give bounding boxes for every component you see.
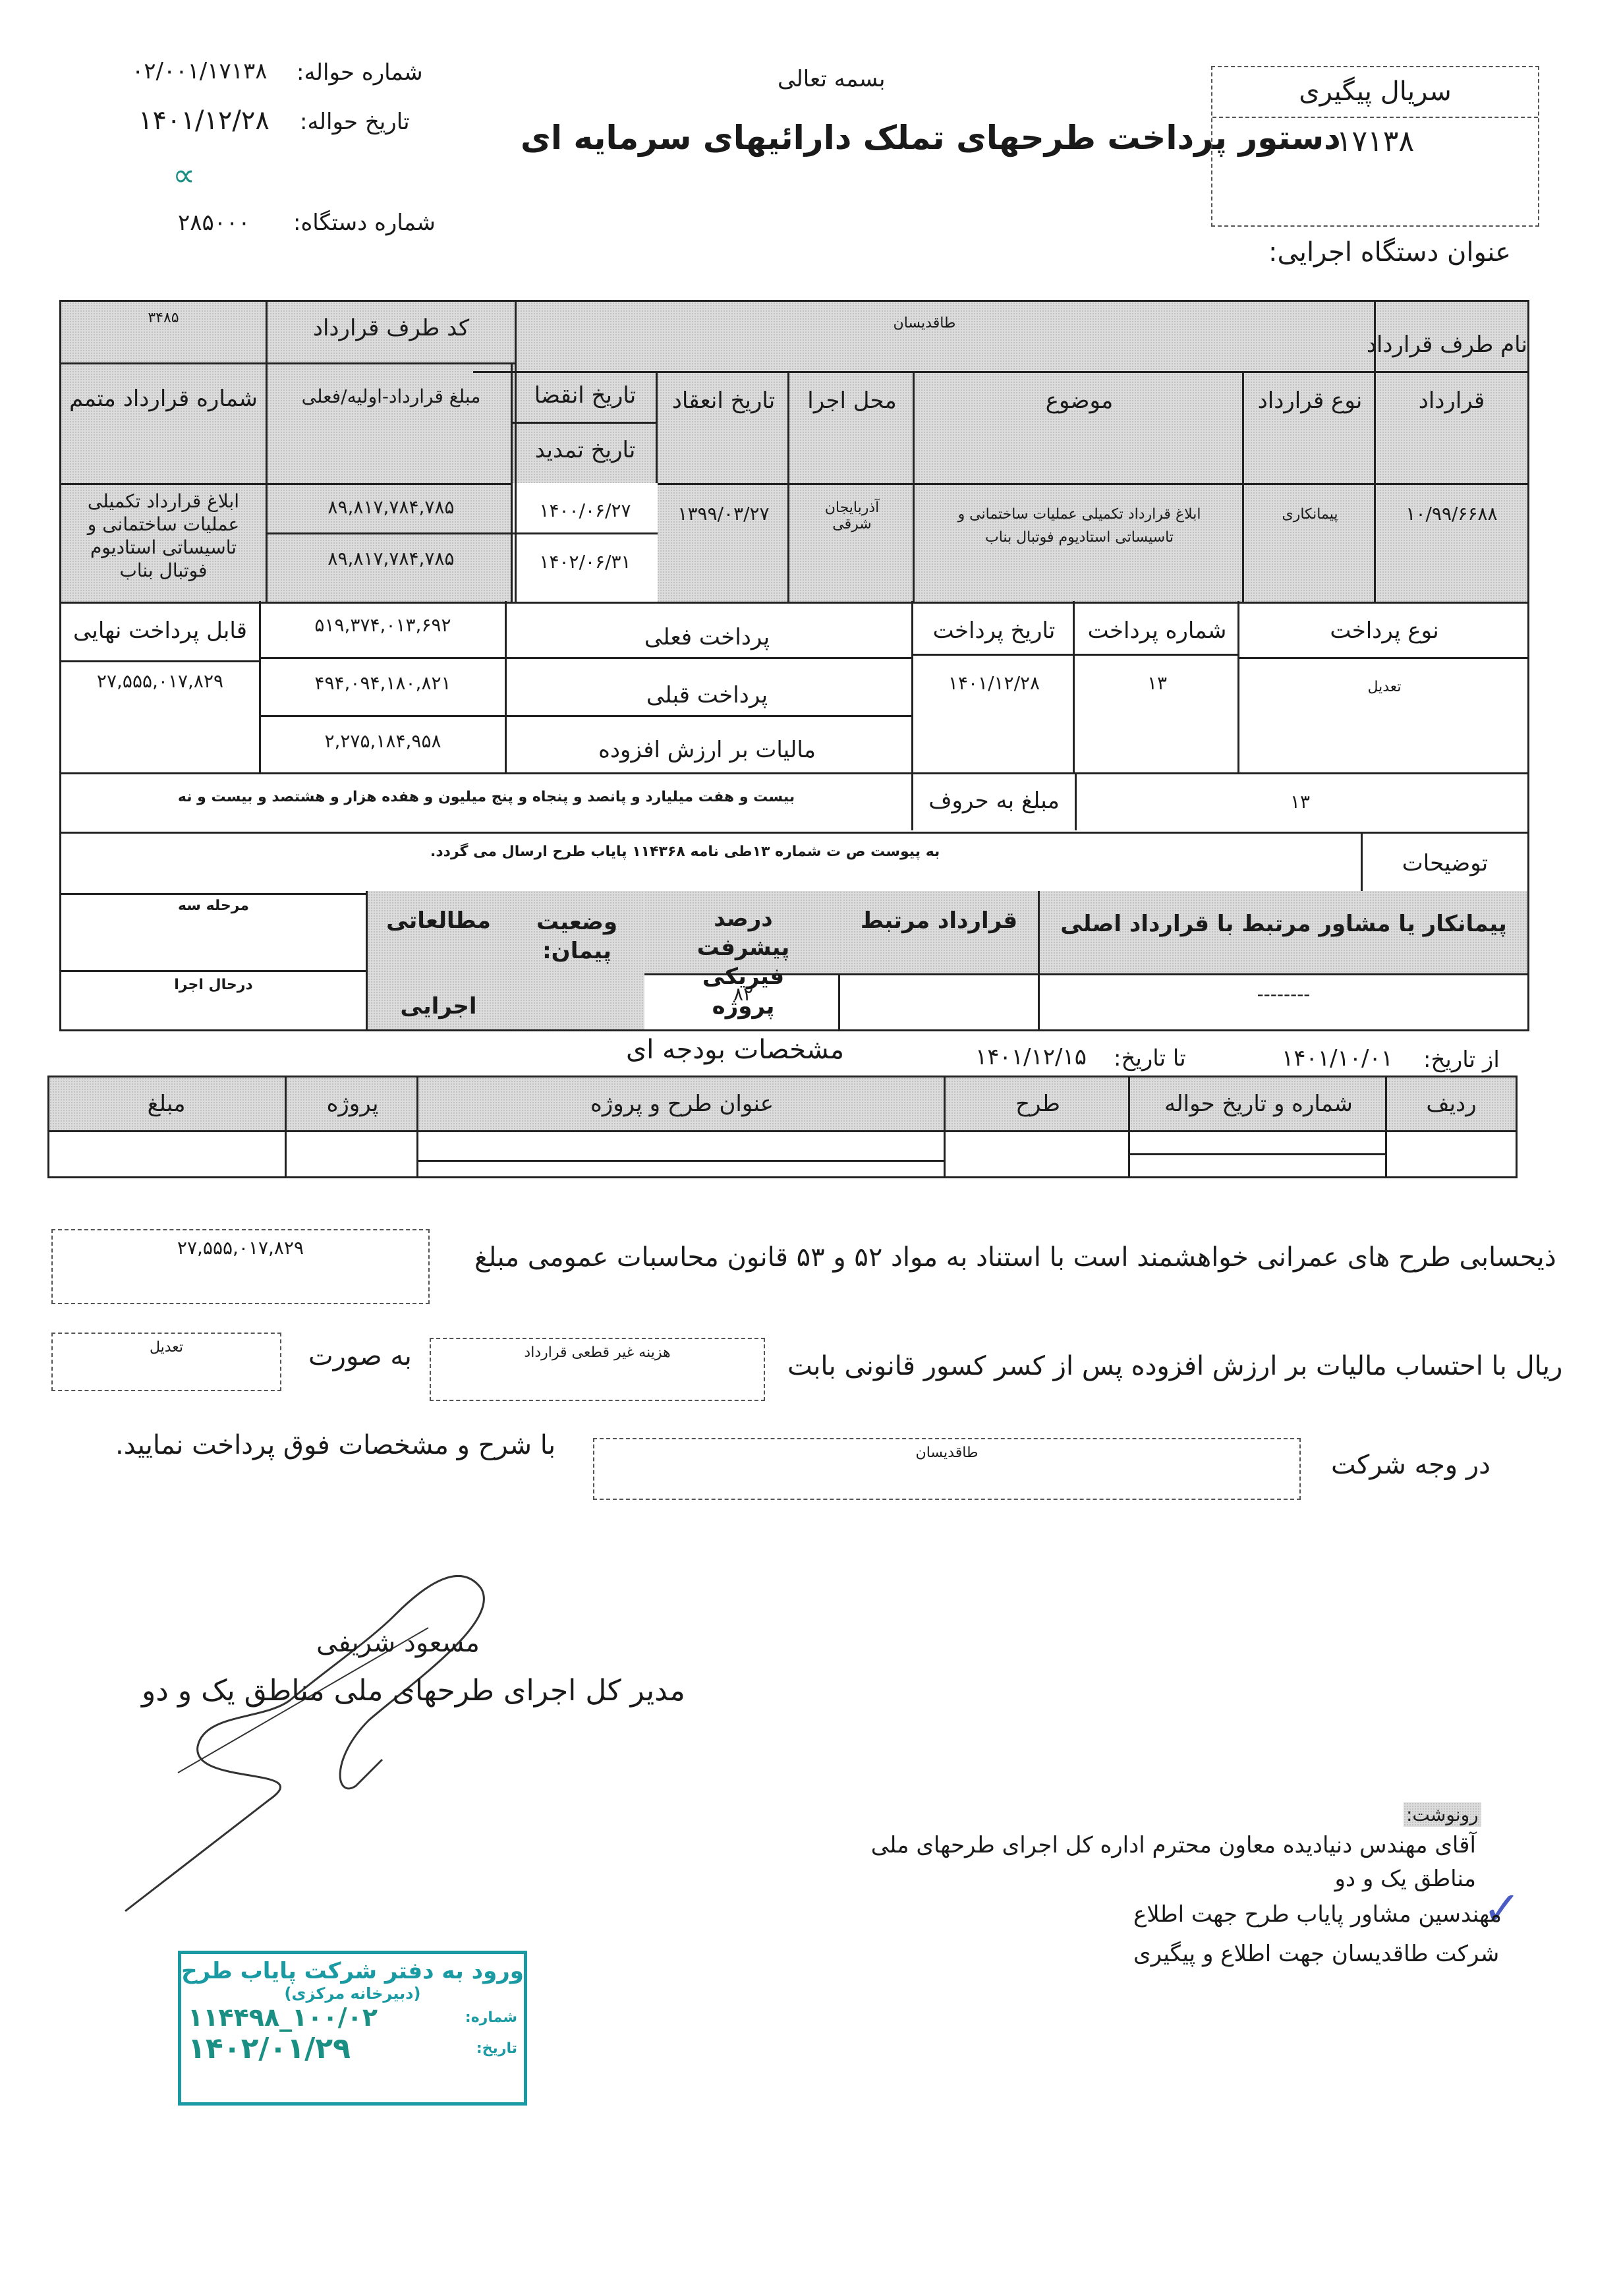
contract-type: پیمانکاری <box>1244 483 1376 523</box>
instruction-reason: هزینه غیر قطعی قرارداد <box>431 1339 764 1361</box>
company-box: طاقدیسان <box>593 1438 1301 1500</box>
status-label: وضعیت پیمان: <box>509 891 644 965</box>
exec-label: اجرایی <box>368 970 509 1019</box>
payment-number-label: شماره پرداخت <box>1075 601 1239 656</box>
payment-type: تعدیل <box>1239 659 1529 695</box>
stamp-subtitle: (دبیرخانه مرکزی) <box>181 1984 524 2003</box>
from-date: ۱۴۰۱/۱۰/۰۱ <box>1282 1045 1393 1072</box>
cc-label: رونوشت: <box>1404 1802 1481 1827</box>
cc-item-2: مهندسین مشاور پایاب طرح جهت اطلاع <box>1133 1901 1502 1928</box>
bismillah: بسمه تعالی <box>778 66 885 92</box>
col-transfer: شماره و تاریخ حواله <box>1130 1077 1387 1117</box>
current-payment: ۵۱۹,۳۷۴,۰۱۳,۶۹۲ <box>261 601 505 659</box>
payment-type-label: نوع پرداخت <box>1239 601 1529 659</box>
instruction-line1: ذیحسابی طرح های عمرانی خواهشمند است با ا… <box>474 1242 1556 1273</box>
vat-label: مالیات بر ارزش افزوده <box>503 717 911 763</box>
contract-location: آذربایجان شرقی <box>789 483 915 532</box>
device-number: ۲۸۵۰۰۰ <box>178 210 250 236</box>
transfer-date-label: تاریخ حواله: <box>300 109 410 135</box>
payment-table: قابل پرداخت نهایی ۲۷,۵۵۵,۰۱۷,۸۲۹ ۵۱۹,۳۷۴… <box>59 601 1529 834</box>
col-row: ردیف <box>1387 1077 1516 1117</box>
tracking-serial-label: سریال پیگیری <box>1212 67 1538 118</box>
contract-number: ۱۰/۹۹/۶۶۸۸ <box>1376 483 1527 525</box>
cc-item-1: آقای مهندس دنیادیده معاون محترم اداره کل… <box>837 1829 1476 1896</box>
stamp-date: ۱۴۰۲/۰۱/۲۹ <box>188 2032 351 2065</box>
reason-box: هزینه غیر قطعی قرارداد <box>430 1338 765 1401</box>
tracking-serial-box: سریال پیگیری ۱۷۱۳۸ <box>1211 66 1539 227</box>
stamp-date-label: تاریخ: <box>476 2040 517 2057</box>
transfer-date: ۱۴۰۱/۱۲/۲۸ <box>138 105 270 136</box>
extension-date: ۱۴۰۲/۰۶/۳۱ <box>513 534 658 573</box>
notes-row: توضیحات به پیوست ص ت شماره ۱۳طی نامه ۱۱۴… <box>59 832 1529 895</box>
contractor-value: -------- <box>1040 973 1527 1005</box>
signer-title: مدیر کل اجرای طرحهای ملی مناطق یک و دو <box>142 1674 685 1708</box>
amount-box: ۲۷,۵۵۵,۰۱۷,۸۲۹ <box>51 1229 430 1304</box>
stamp-title: ورود به دفتر شرکت پایاب طرح <box>181 1954 524 1984</box>
amount-initial: ۸۹,۸۱۷,۷۸۴,۷۸۵ <box>268 483 515 534</box>
header-expiry-date: تاریخ انقضا <box>513 362 658 424</box>
header-contract-type: نوع قرارداد <box>1244 371 1376 414</box>
tracking-serial: ۱۷۱۳۸ <box>1212 118 1538 158</box>
signing-date: ۱۳۹۹/۰۳/۲۷ <box>658 483 789 525</box>
device-number-label: شماره دستگاه: <box>293 210 436 236</box>
header-signing-date: تاریخ انعقاد <box>658 371 789 414</box>
as-label: به صورت <box>308 1341 412 1371</box>
executive-agency-label: عنوان دستگاه اجرایی: <box>1268 237 1511 268</box>
stamp-number-label: شماره: <box>465 2009 517 2026</box>
cc-item-3: شرکت طاقدیسان جهت اطلاع و پیگیری <box>1133 1941 1499 1967</box>
related-contract-label: قرارداد مرتبط <box>840 891 1038 934</box>
handwritten-mark-icon: ∝ <box>173 157 195 194</box>
study-label: مطالعاتی <box>368 891 509 934</box>
transfer-number: ۰۲/۰۰۱/۱۷۱۳۸ <box>132 58 268 84</box>
payment-number: ۱۳ <box>1075 656 1239 694</box>
company-label: در وجه شرکت <box>1331 1450 1491 1480</box>
amount-words-label: مبلغ به حروف <box>913 774 1075 814</box>
amount-words: بیست و هفت میلیارد و پانصد و پنجاه و پنج… <box>61 774 911 805</box>
instruction-line2: ریال با احتساب مالیات بر ارزش افزوده پس … <box>787 1351 1562 1381</box>
header-amount: مبلغ قرارداد-اولیه/فعلی <box>268 362 515 407</box>
payment-date-label: تاریخ پرداخت <box>913 601 1075 656</box>
contract-subject: ابلاغ قرارداد تکمیلی عملیات ساختمانی و ت… <box>915 483 1244 549</box>
header-subject: موضوع <box>915 371 1244 414</box>
budget-title: مشخصات بودجه ای <box>626 1035 844 1065</box>
closing-text: با شرح و مشخصات فوق پرداخت نمایید. <box>115 1430 555 1460</box>
header-extension-date: تاریخ تمدید <box>513 424 658 463</box>
progress-value: ۸۲ <box>644 973 842 1005</box>
related-table: پیمانکار یا مشاور مرتبط با قرارداد اصلی … <box>59 891 1529 1031</box>
to-date-label: تا تاریخ: <box>1114 1045 1186 1072</box>
notes-label: توضیحات <box>1363 834 1527 876</box>
study-value: مرحله سه <box>61 891 366 914</box>
payment-date: ۱۴۰۱/۱۲/۲۸ <box>913 656 1075 694</box>
header-supplement-number: شماره قرارداد متمم <box>61 362 266 412</box>
instruction-amount: ۲۷,۵۵۵,۰۱۷,۸۲۹ <box>53 1230 428 1259</box>
header-location: محل اجرا <box>789 371 915 414</box>
stamp-number: ۱۰۰/۰۲_۱۱۴۴۹۸ <box>188 2003 378 2032</box>
contractor-label: پیمانکار یا مشاور مرتبط با قرارداد اصلی <box>1040 891 1527 937</box>
col-amount: مبلغ <box>49 1077 283 1117</box>
contract-table: نام طرف قرارداد طاقدیسان کد طرف قرارداد … <box>59 300 1529 604</box>
supplement-number: ابلاغ قرارداد تکمیلی عملیات ساختمانی و ت… <box>61 483 266 582</box>
col-project: پروژه <box>287 1077 418 1117</box>
vat: ۲,۲۷۵,۱۸۴,۹۵۸ <box>261 717 505 752</box>
exec-value: درحال اجرا <box>61 970 366 993</box>
party-name: طاقدیسان <box>473 302 1376 331</box>
final-payable-label: قابل پرداخت نهایی <box>61 601 259 644</box>
company-value: طاقدیسان <box>594 1439 1299 1461</box>
transfer-number-label: شماره حواله: <box>297 59 423 86</box>
as-value: تعدیل <box>53 1334 280 1356</box>
col-plan-title: عنوان طرح و پروژه <box>418 1077 946 1117</box>
as-box: تعدیل <box>51 1333 281 1391</box>
receipt-stamp: ورود به دفتر شرکت پایاب طرح (دبیرخانه مر… <box>178 1951 527 2106</box>
party-code-label: کد طرف قرارداد <box>268 302 515 341</box>
party-name-label: نام طرف قرارداد <box>1376 302 1527 358</box>
party-code: ۳۴۸۵ <box>61 302 266 326</box>
col-plan: طرح <box>946 1077 1130 1117</box>
amount-current: ۸۹,۸۱۷,۷۸۴,۷۸۵ <box>268 534 515 569</box>
previous-payment: ۴۹۴,۰۹۴,۱۸۰,۸۲۱ <box>261 659 505 717</box>
notes-text: به پیوست ص ت شماره ۱۳طی نامه ۱۱۴۳۶۸ پایا… <box>430 844 940 860</box>
signature-icon <box>119 1549 580 1918</box>
amount-words-num: ۱۳ <box>1073 774 1527 813</box>
header-contract: قرارداد <box>1376 371 1527 414</box>
from-date-label: از تاریخ: <box>1423 1047 1500 1073</box>
budget-table: ردیف شماره و تاریخ حواله طرح عنوان طرح و… <box>47 1076 1518 1178</box>
current-payment-label: پرداخت فعلی <box>503 601 911 659</box>
signer-name: مسعود شریفی <box>316 1628 480 1658</box>
previous-payment-label: پرداخت قبلی <box>503 659 911 717</box>
final-payable: ۲۷,۵۵۵,۰۱۷,۸۲۹ <box>61 660 259 692</box>
expiry-date: ۱۴۰۰/۰۶/۲۷ <box>513 483 658 534</box>
to-date: ۱۴۰۱/۱۲/۱۵ <box>975 1044 1087 1070</box>
